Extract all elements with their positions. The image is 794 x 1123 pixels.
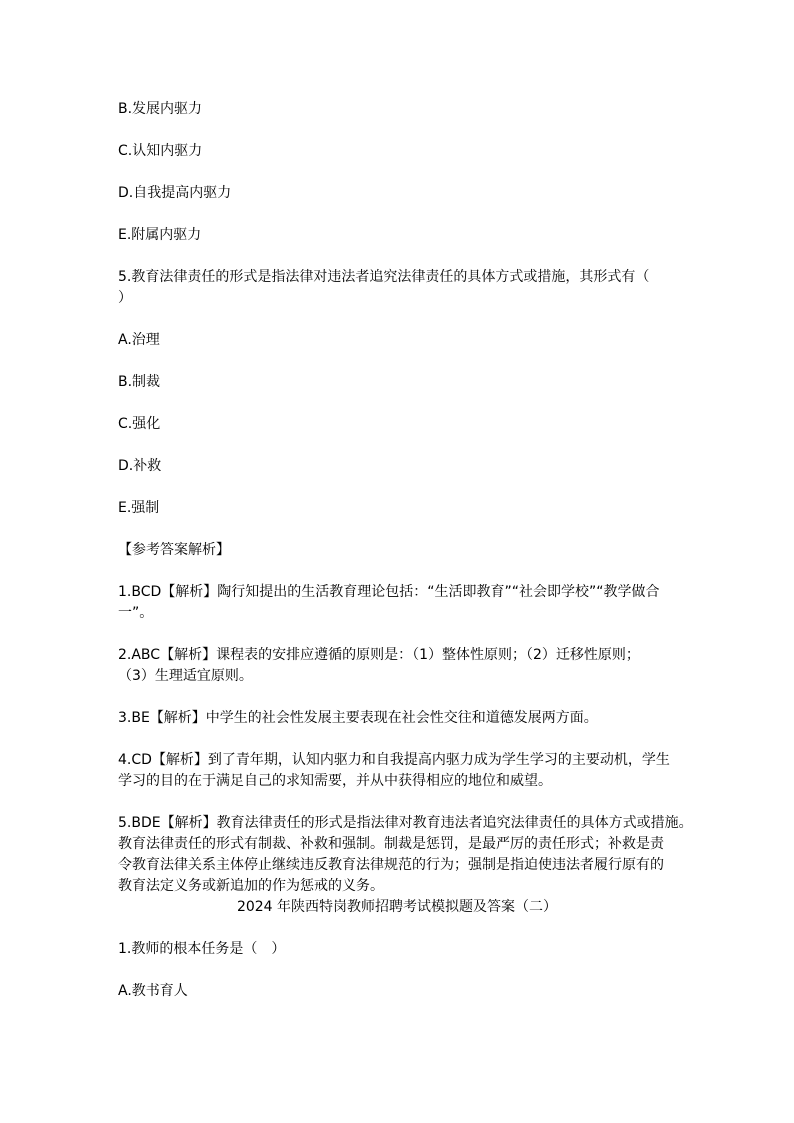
text-line: A.治理: [118, 330, 676, 351]
text-line: 4.CD【解析】到了青年期，认知内驱力和自我提高内驱力成为学生学习的主要动机，学…: [118, 750, 676, 771]
answer-section-heading: 【参考答案解析】: [118, 540, 676, 561]
question-stem: 1.教师的根本任务是（ ）: [118, 939, 676, 960]
question-option: C.强化: [118, 414, 676, 435]
text-line: 1.教师的根本任务是（ ）: [118, 939, 676, 960]
text-line: （3）生理适宜原则。: [118, 666, 676, 687]
text-line: D.补救: [118, 456, 676, 477]
text-line: 教育法定义务或新追加的作为惩戒的义务。: [118, 876, 676, 897]
document-content: B.发展内驱力C.认知内驱力D.自我提高内驱力E.附属内驱力5.教育法律责任的形…: [118, 99, 676, 1023]
text-line: 2.ABC【解析】课程表的安排应遵循的原则是：（1）整体性原则；（2）迁移性原则…: [118, 645, 676, 666]
question-option: E.附属内驱力: [118, 225, 676, 246]
answer-explanation: 3.BE【解析】中学生的社会性发展主要表现在社会性交往和道德发展两方面。: [118, 708, 676, 729]
answer-explanation: 5.BDE【解析】教育法律责任的形式是指法律对教育违法者追究法律责任的具体方式或…: [118, 813, 676, 897]
exam-title-heading: 2024 年陕西特岗教师招聘考试模拟题及答案（二）: [118, 897, 676, 918]
question-option: D.自我提高内驱力: [118, 183, 676, 204]
question-option: A.教书育人: [118, 981, 676, 1002]
text-line: 1.BCD【解析】陶行知提出的生活教育理论包括：“生活即教育”“社会即学校”“教…: [118, 582, 676, 603]
text-line: 5.BDE【解析】教育法律责任的形式是指法律对教育违法者追究法律责任的具体方式或…: [118, 813, 676, 834]
text-line: 【参考答案解析】: [118, 540, 676, 561]
answer-explanation: 2.ABC【解析】课程表的安排应遵循的原则是：（1）整体性原则；（2）迁移性原则…: [118, 645, 676, 687]
question-option: B.制裁: [118, 372, 676, 393]
text-line: 2024 年陕西特岗教师招聘考试模拟题及答案（二）: [118, 897, 676, 918]
question-stem: 5.教育法律责任的形式是指法律对违法者追究法律责任的具体方式或措施，其形式有（）: [118, 267, 676, 309]
question-option: D.补救: [118, 456, 676, 477]
text-line: C.强化: [118, 414, 676, 435]
text-line: A.教书育人: [118, 981, 676, 1002]
text-line: B.发展内驱力: [118, 99, 676, 120]
question-option: E.强制: [118, 498, 676, 519]
text-line: 学习的目的在于满足自己的求知需要，并从中获得相应的地位和威望。: [118, 771, 676, 792]
text-line: 教育法律责任的形式有制裁、补救和强制。制裁是惩罚，是最严厉的责任形式；补救是责: [118, 834, 676, 855]
text-line: 3.BE【解析】中学生的社会性发展主要表现在社会性交往和道德发展两方面。: [118, 708, 676, 729]
text-line: 5.教育法律责任的形式是指法律对违法者追究法律责任的具体方式或措施，其形式有（: [118, 267, 676, 288]
text-line: 令教育法律关系主体停止继续违反教育法律规范的行为；强制是指迫使违法者履行原有的: [118, 855, 676, 876]
answer-explanation: 4.CD【解析】到了青年期，认知内驱力和自我提高内驱力成为学生学习的主要动机，学…: [118, 750, 676, 792]
text-line: 一”。: [118, 603, 676, 624]
text-line: ）: [118, 288, 676, 309]
text-line: B.制裁: [118, 372, 676, 393]
document-page: B.发展内驱力C.认知内驱力D.自我提高内驱力E.附属内驱力5.教育法律责任的形…: [0, 0, 794, 1123]
question-option: C.认知内驱力: [118, 141, 676, 162]
text-line: D.自我提高内驱力: [118, 183, 676, 204]
question-option: B.发展内驱力: [118, 99, 676, 120]
text-line: C.认知内驱力: [118, 141, 676, 162]
answer-explanation: 1.BCD【解析】陶行知提出的生活教育理论包括：“生活即教育”“社会即学校”“教…: [118, 582, 676, 624]
question-option: A.治理: [118, 330, 676, 351]
text-line: E.强制: [118, 498, 676, 519]
text-line: E.附属内驱力: [118, 225, 676, 246]
